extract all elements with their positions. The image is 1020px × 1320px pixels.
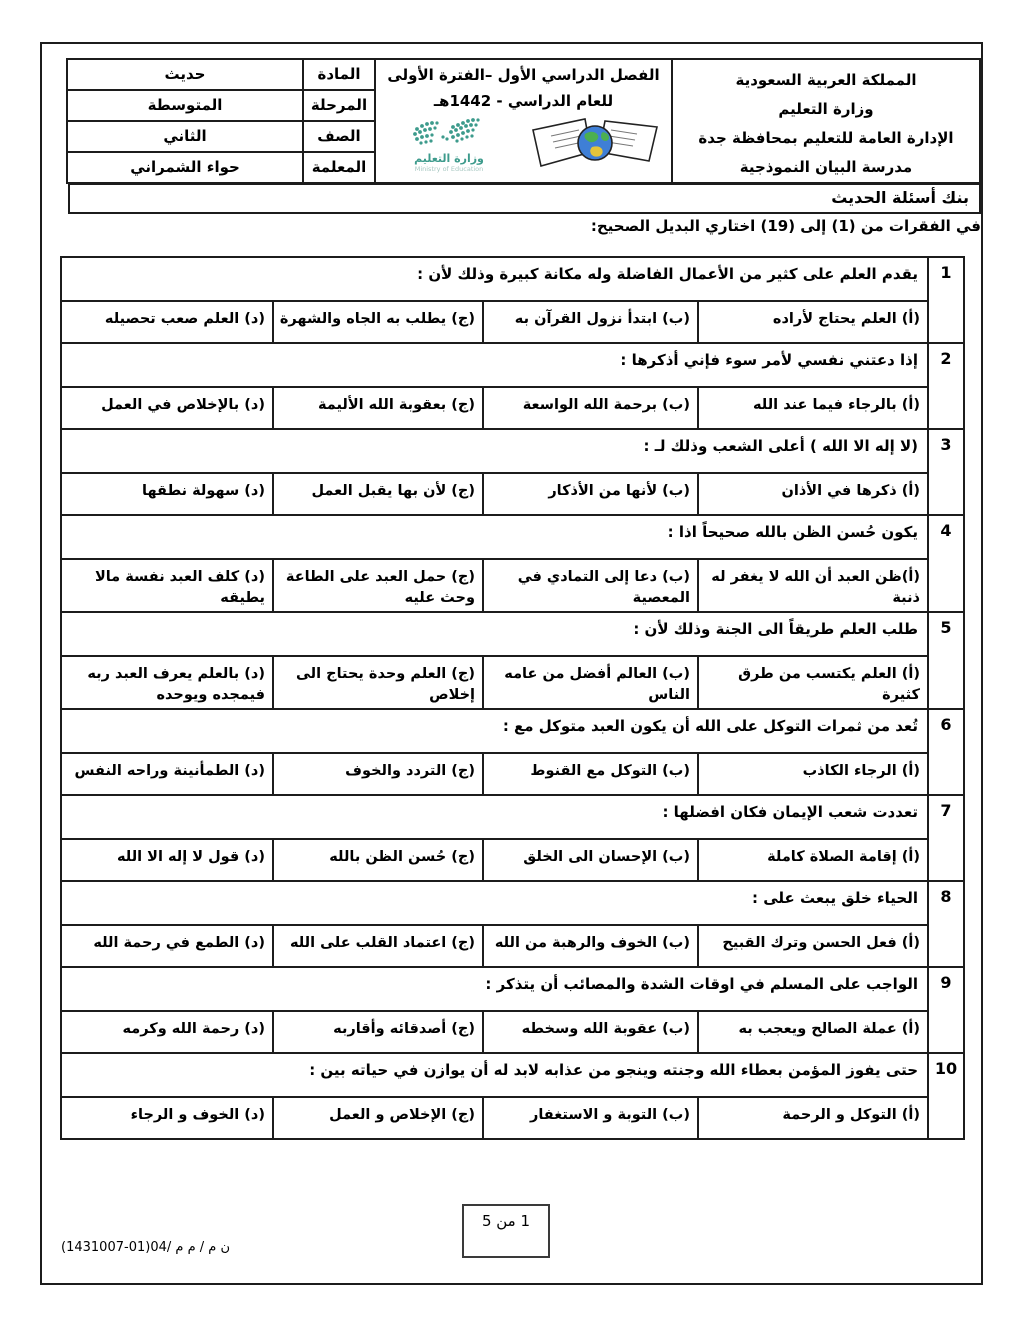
question-number: 2	[928, 343, 964, 429]
answer-option: (ج) التردد والخوف	[273, 753, 483, 795]
question-text: الواجب على المسلم في اوقات الشدة والمصائ…	[61, 967, 928, 1011]
org-line-ministry: وزارة التعليم	[673, 95, 979, 124]
answer-option: (د) بالعلم يعرف العبد ربه فيمجده ويوحده	[61, 656, 273, 709]
answer-option: (ج) بعقوبة الله الأليمة	[273, 387, 483, 429]
document-code: ن م / م م /04(01-1431007)	[40, 1240, 230, 1255]
answer-option: (د) كلف العبد نفسة مالا يطيقه	[61, 559, 273, 612]
ministry-of-education-logo: وزارة التعليم Ministry of Education	[394, 115, 504, 173]
question-text: يقدم العلم على كثير من الأعمال الفاضلة و…	[61, 257, 928, 301]
answer-option: (أ) فعل الحسن وترك القبيح	[698, 925, 928, 967]
question-number: 7	[928, 795, 964, 881]
term-line-1: الفصل الدراسي الأول –الفترة الأولى	[376, 60, 671, 86]
question-number: 6	[928, 709, 964, 795]
questions-body: 1يقدم العلم على كثير من الأعمال الفاضلة …	[61, 257, 964, 1139]
field-value-stage: المتوسطة	[67, 90, 303, 121]
school-globe-logo-icon	[529, 114, 661, 174]
answer-option: (ب) عقوبة الله وسخطه	[483, 1011, 698, 1053]
answer-option: (ب) الخوف والرهبة من الله	[483, 925, 698, 967]
answer-option: (ج) حمل العبد على الطاعة وحث عليه	[273, 559, 483, 612]
question-number: 3	[928, 429, 964, 515]
exam-page: المملكة العربية السعودية وزارة التعليم ا…	[0, 0, 1020, 1320]
answer-option: (أ) التوكل و الرحمة	[698, 1097, 928, 1139]
question-number: 10	[928, 1053, 964, 1139]
answer-option: (أ) الرجاء الكاذب	[698, 753, 928, 795]
question-number: 1	[928, 257, 964, 343]
field-value-subject: حديث	[67, 59, 303, 90]
question-bank-title: بنك أسئلة الحديث	[68, 183, 981, 214]
answer-option: (د) رحمة الله وكرمه	[61, 1011, 273, 1053]
answer-option: (د) قول لا إله الا الله	[61, 839, 273, 881]
answer-option: (أ) ذكرها في الأذان	[698, 473, 928, 515]
answer-option: (ب) لأنها من الأذكار	[483, 473, 698, 515]
answer-option: (ب) ابتدأ نزول القرآن به	[483, 301, 698, 343]
answer-option: (ب) التوبة و الاستغفار	[483, 1097, 698, 1139]
ministry-logo-name: وزارة التعليم	[394, 153, 504, 165]
org-line-country: المملكة العربية السعودية	[673, 66, 979, 95]
question-text: يكون حُسن الظن بالله صحيحاً اذا :	[61, 515, 928, 559]
answer-option: (د) سهولة نطقها	[61, 473, 273, 515]
question-number: 8	[928, 881, 964, 967]
answer-option: (ج) العلم وحدة يحتاج الى إخلاص	[273, 656, 483, 709]
answer-option: (د) الخوف و الرجاء	[61, 1097, 273, 1139]
answer-option: (د) العلم صعب تحصيله	[61, 301, 273, 343]
header-table: المملكة العربية السعودية وزارة التعليم ا…	[66, 58, 981, 184]
organization-block: المملكة العربية السعودية وزارة التعليم ا…	[672, 59, 980, 183]
answer-option: (ج) أصدقائه وأقاربه	[273, 1011, 483, 1053]
field-value-teacher: حواء الشمراني	[67, 152, 303, 183]
answer-option: (ب) التوكل مع القنوط	[483, 753, 698, 795]
question-text: طلب العلم طريقاً الى الجنة وذلك لأن :	[61, 612, 928, 656]
page-number: 1 من 5	[482, 1212, 530, 1230]
answer-option: (د) بالإخلاص في العمل	[61, 387, 273, 429]
answer-option: (أ) العلم يكتسب من طرق كثيرة	[698, 656, 928, 709]
question-text: تعددت شعب الإيمان فكان افضلها :	[61, 795, 928, 839]
page-number-box: 1 من 5	[462, 1204, 550, 1258]
answer-option: (أ) العلم يحتاج لأراده	[698, 301, 928, 343]
answer-option: (أ)ظن العبد أن الله لا يغفر له ذنبة	[698, 559, 928, 612]
answer-option: (أ) عملة الصالح ويعجب به	[698, 1011, 928, 1053]
answer-option: (ب) دعا إلى التمادي في المعصية	[483, 559, 698, 612]
term-block: الفصل الدراسي الأول –الفترة الأولى للعام…	[375, 59, 672, 183]
field-label-stage: المرحلة	[303, 90, 375, 121]
answer-option: (أ) بالرجاء فيما عند الله	[698, 387, 928, 429]
answer-option: (أ) إقامة الصلاة كاملة	[698, 839, 928, 881]
answer-option: (ج) الإخلاص و العمل	[273, 1097, 483, 1139]
question-number: 4	[928, 515, 964, 612]
instruction-line: في الفقرات من (1) إلى (19) اختاري البديل…	[40, 217, 981, 235]
answer-option: (ب) برحمة الله الواسعة	[483, 387, 698, 429]
org-line-school: مدرسة البيان النموذجية	[673, 153, 979, 182]
answer-option: (ج) حُسن الظن بالله	[273, 839, 483, 881]
question-number: 5	[928, 612, 964, 709]
answer-option: (ج) يطلب به الجاه والشهرة	[273, 301, 483, 343]
answer-option: (د) الطمع في رحمة الله	[61, 925, 273, 967]
question-text: الحياء خلق يبعث على :	[61, 881, 928, 925]
answer-option: (د) الطمأنينة وراحه النفس	[61, 753, 273, 795]
term-line-2: للعام الدراسي - 1442هـ	[376, 86, 671, 112]
field-value-grade: الثاني	[67, 121, 303, 152]
answer-option: (ب) العالم أفضل من عامه الناس	[483, 656, 698, 709]
field-label-subject: المادة	[303, 59, 375, 90]
answer-option: (ج) اعتماد القلب على الله	[273, 925, 483, 967]
questions-table: 1يقدم العلم على كثير من الأعمال الفاضلة …	[60, 256, 965, 1140]
answer-option: (ب) الإحسان الى الخلق	[483, 839, 698, 881]
question-text: حتى يفوز المؤمن بعطاء الله وجنته وينجو م…	[61, 1053, 928, 1097]
org-line-directorate: الإدارة العامة للتعليم بمحافظة جدة	[673, 124, 979, 153]
logos-row: وزارة التعليم Ministry of Education	[376, 112, 671, 176]
question-number: 9	[928, 967, 964, 1053]
field-label-teacher: المعلمة	[303, 152, 375, 183]
question-text: تُعد من ثمرات التوكل على الله أن يكون ال…	[61, 709, 928, 753]
question-text: (لا إله الا الله ) أعلى الشعب وذلك لـ :	[61, 429, 928, 473]
ministry-logo-subtitle: Ministry of Education	[394, 165, 504, 173]
ministry-dots-icon	[403, 115, 495, 149]
answer-option: (ج) لأن بها يقبل العمل	[273, 473, 483, 515]
field-label-grade: الصف	[303, 121, 375, 152]
question-text: إذا دعتني نفسي لأمر سوء فإني أذكرها :	[61, 343, 928, 387]
